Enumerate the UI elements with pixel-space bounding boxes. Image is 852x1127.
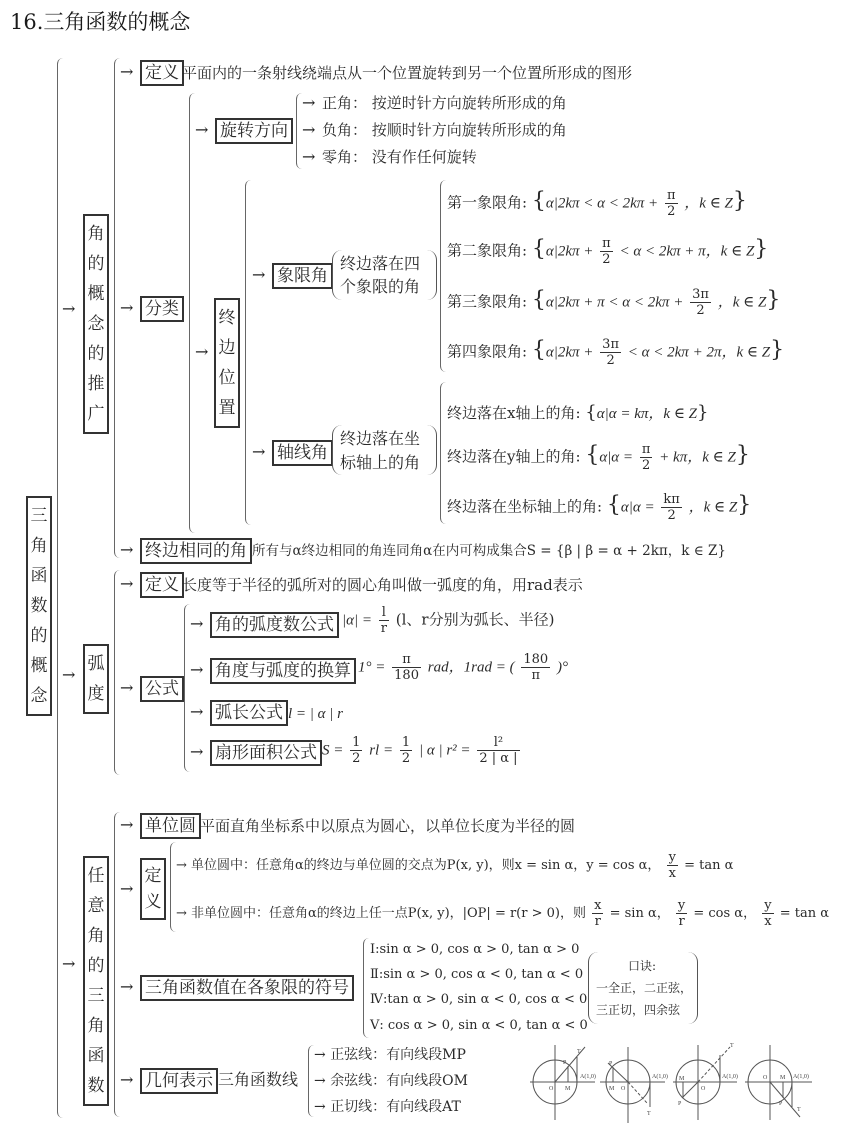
svg-text:T: T	[647, 1111, 651, 1117]
section1-char: 角	[85, 219, 107, 249]
unit-circle-diagrams: O M P T A(1,0) O M P T A(1,0) O M P T A(…	[525, 1035, 815, 1125]
svg-text:M: M	[679, 1076, 685, 1082]
sign-quadrant-1: Ⅰ:sin α > 0, cos α > 0, tan α > 0	[370, 940, 579, 960]
svg-text:A(1,0): A(1,0)	[793, 1073, 809, 1080]
section3-char: 角	[85, 921, 107, 951]
fraction: π2	[640, 442, 653, 473]
tangent-line: → 正切线：有向线段AT	[314, 1097, 461, 1117]
positive-angle: 正角： 按逆时针方向旋转所形成的角	[322, 93, 567, 113]
fraction: kπ2	[661, 492, 681, 523]
mnemonic-title: 口诀:	[628, 956, 656, 976]
section3-char: 函	[85, 1041, 107, 1071]
quadrant-3: 第三象限角: {α|2kπ + π < α < 2kπ + 3π2 ，k ∈ Z…	[447, 287, 780, 318]
signs-box: 三角函数值在各象限的符号	[140, 975, 354, 1001]
axis-box: 轴线角	[272, 440, 333, 466]
item-desc: 按逆时针方向旋转所形成的角	[372, 94, 567, 112]
section1-char: 念	[85, 309, 107, 339]
section3-char: 的	[85, 951, 107, 981]
section1-label-box: 角 的 概 念 的 推 广	[83, 214, 109, 434]
geometry-sub: 三角函数线	[218, 1070, 298, 1090]
section3-char: 数	[85, 1071, 107, 1101]
q-expr: α|2kπ +	[546, 345, 594, 361]
page-title: 16.三角函数的概念	[10, 6, 190, 36]
q-expr: < α < 2kπ + π，k ∈ Z	[620, 244, 755, 260]
arrow-icon: →	[252, 442, 265, 462]
axis-x: 终边落在x轴上的角: {α|α = kπ，k ∈ Z}	[447, 403, 708, 424]
section1-char: 的	[85, 249, 107, 279]
fraction: π2	[665, 188, 678, 219]
section3-label-box: 任 意 角 的 三 角 函 数	[83, 856, 109, 1106]
root-label-box: 三 角 函 数 的 概 念	[26, 496, 52, 716]
q-expr: α|2kπ +	[546, 244, 594, 260]
svg-text:O: O	[763, 1075, 768, 1081]
root-char: 概	[28, 651, 50, 681]
q-expr: α|2kπ + π < α < 2kπ +	[546, 295, 683, 311]
arrow-icon: →	[190, 742, 203, 762]
svg-text:P: P	[678, 1101, 682, 1107]
q-expr: ，k ∈ Z	[684, 196, 733, 212]
arrow-icon: →	[120, 540, 133, 560]
section2-brace	[114, 570, 121, 775]
s1-definition-text: 平面内的一条射线绕端点从一个位置旋转到另一个位置所形成的图形	[182, 63, 632, 83]
sector-area-box: 扇形面积公式	[210, 740, 322, 766]
mnemonic-line2: 三正切，四余弦	[596, 1000, 680, 1020]
root-char: 数	[28, 591, 50, 621]
svg-text:O: O	[701, 1086, 706, 1092]
axis-name: 终边落在y轴上的角:	[447, 448, 581, 466]
arrow-icon: →	[120, 678, 133, 698]
fraction: 3π2	[600, 337, 621, 368]
item-desc: 没有作任何旋转	[372, 148, 477, 166]
signs-brace	[363, 938, 370, 1038]
sign-quadrant-2: Ⅱ:sin α > 0, cos α < 0, tan α < 0	[370, 965, 583, 985]
arrow-icon: →	[120, 815, 133, 835]
sine-line: → 正弦线：有向线段MP	[314, 1045, 466, 1065]
axis-paren-line1: 终边落在坐	[340, 429, 420, 449]
section2-char: 弧	[85, 649, 107, 679]
svg-text:T: T	[730, 1043, 734, 1049]
arrow-icon: →	[302, 93, 315, 113]
axis-name: 终边落在x轴上的角:	[447, 404, 581, 422]
geometry-box: 几何表示	[140, 1068, 218, 1094]
terminal-label-box: 终 边 位 置	[214, 298, 240, 428]
arc-length-box: 弧长公式	[210, 700, 288, 726]
axis-expr: α|α = kπ，k ∈ Z	[597, 406, 697, 422]
arrow-icon: →	[190, 614, 203, 634]
q-name: 第三象限角:	[447, 293, 527, 311]
coterminal-text: 所有与α终边相同的角连同角α在内可构成集合S = {β | β = α + 2k…	[252, 541, 726, 561]
unit-circle-definition: → 单位圆中：任意角α的终边与单位圆的交点为P(x, y)，则x = sin α…	[176, 850, 733, 881]
root-char: 念	[28, 681, 50, 711]
section3-char: 任	[85, 861, 107, 891]
s3-def-char: 义	[142, 889, 164, 915]
arrow-icon: →	[195, 120, 208, 140]
axis-brace	[440, 382, 447, 524]
quadrant-4: 第四象限角: {α|2kπ + 3π2 < α < 2kπ + 2π，k ∈ Z…	[447, 337, 784, 368]
fraction: 3π2	[690, 287, 711, 318]
svg-text:T: T	[797, 1107, 801, 1113]
quadrant-2: 第二象限角: {α|2kπ + π2 < α < 2kπ + π，k ∈ Z}	[447, 236, 768, 267]
root-char: 三	[28, 501, 50, 531]
terminal-char: 终	[216, 303, 238, 333]
arrow-icon: →	[120, 574, 133, 594]
quadrant-1: 第一象限角: {α|2kπ < α < 2kπ + π2 ，k ∈ Z}	[447, 188, 747, 219]
section2-label-box: 弧 度	[83, 644, 109, 714]
classification-brace	[189, 93, 196, 533]
radian-formula-box: 角的弧度数公式	[210, 612, 339, 638]
terminal-char: 置	[216, 393, 238, 423]
arrow-icon: →	[195, 342, 208, 362]
svg-text:M: M	[609, 1086, 615, 1092]
arrow-icon: →	[120, 977, 133, 997]
sign-quadrant-4: Ⅴ: cos α > 0, sin α < 0, tan α < 0	[370, 1016, 588, 1036]
unit-circle-box: 单位圆	[140, 813, 201, 839]
quadrant-paren-line1: 终边落在四	[340, 254, 420, 274]
arrow-icon: →	[302, 120, 315, 140]
section2-char: 度	[85, 679, 107, 709]
svg-text:O: O	[621, 1086, 626, 1092]
trig-line-diagrams-icon: O M P T A(1,0) O M P T A(1,0) O M P T A(…	[525, 1035, 815, 1125]
q-expr: α|2kπ < α < 2kπ +	[546, 196, 658, 212]
svg-text:M: M	[565, 1086, 571, 1092]
s2-definition-box: 定义	[140, 572, 184, 598]
non-unit-circle-definition: → 非单位圆中：任意角α的终边上任一点P(x, y)，|OP| = r(r > …	[176, 898, 829, 929]
arrow-icon: →	[190, 702, 203, 722]
section1-char: 的	[85, 339, 107, 369]
axis-y: 终边落在y轴上的角: {α|α = π2 + kπ，k ∈ Z}	[447, 442, 750, 473]
svg-text:A(1,0): A(1,0)	[580, 1073, 596, 1080]
arrow-icon: →	[62, 954, 75, 974]
q-name: 第二象限角:	[447, 242, 527, 260]
arrow-icon: →	[120, 1070, 133, 1090]
coterminal-box: 终边相同的角	[140, 538, 252, 564]
root-char: 的	[28, 621, 50, 651]
conversion-box: 角度与弧度的换算	[210, 658, 356, 684]
section1-char: 推	[85, 369, 107, 399]
axis-both: 终边落在坐标轴上的角: {α|α = kπ2 ，k ∈ Z}	[447, 492, 751, 523]
zero-angle: 零角： 没有作任何旋转	[322, 147, 477, 167]
svg-text:M: M	[780, 1075, 786, 1081]
quadrant-brace	[440, 180, 447, 372]
section3-char: 角	[85, 1011, 107, 1041]
q-name: 第一象限角:	[447, 194, 527, 212]
s1-classification-box: 分类	[140, 296, 184, 322]
fraction: π2	[600, 236, 613, 267]
svg-text:O: O	[549, 1086, 554, 1092]
quadrant-box: 象限角	[272, 263, 333, 289]
axis-expr: α|α =	[621, 500, 655, 516]
mnemonic-line1: 一全正，二正弦，	[596, 978, 692, 998]
arc-length-formula: l = | α | r	[288, 703, 343, 724]
section1-char: 广	[85, 399, 107, 429]
section3-char: 意	[85, 891, 107, 921]
s3-definition-box: 定 义	[140, 858, 166, 920]
unit-circle-text: 平面直角坐标系中以原点为圆心，以单位长度为半径的圆	[200, 816, 575, 836]
arrow-icon: →	[62, 299, 75, 319]
quadrant-paren-line2: 个象限的角	[340, 277, 420, 297]
s1-definition-box: 定义	[140, 60, 184, 86]
s3-def-char: 定	[142, 863, 164, 889]
item-name: 负角：	[322, 121, 367, 139]
arrow-icon: →	[252, 265, 265, 285]
axis-name: 终边落在坐标轴上的角:	[447, 498, 602, 516]
radian-formula: |α| = lr (l、r分别为弧长、半径)	[342, 605, 554, 636]
svg-text:A(1,0): A(1,0)	[722, 1073, 738, 1080]
terminal-char: 位	[216, 363, 238, 393]
terminal-brace	[245, 180, 252, 525]
negative-angle: 负角： 按顺时针方向旋转所形成的角	[322, 120, 567, 140]
axis-expr: ，k ∈ Z	[689, 500, 738, 516]
conversion-formula: 1° = π180 rad，1rad = ( 180π )°	[358, 652, 568, 683]
arrow-icon: →	[62, 665, 75, 685]
section3-char: 三	[85, 981, 107, 1011]
item-name: 正角：	[322, 94, 367, 112]
section1-char: 概	[85, 279, 107, 309]
axis-expr: α|α =	[599, 450, 633, 466]
arrow-icon: →	[190, 660, 203, 680]
rotation-box: 旋转方向	[215, 118, 293, 144]
svg-text:T: T	[577, 1049, 581, 1055]
svg-text:P: P	[779, 1101, 783, 1107]
item-name: 零角：	[322, 148, 367, 166]
s2-definition-text: 长度等于半径的弧所对的圆心角叫做一弧度的角，用rad表示	[182, 575, 583, 595]
axis-paren-line2: 标轴上的角	[340, 453, 420, 473]
svg-text:A(1,0): A(1,0)	[652, 1073, 668, 1080]
axis-expr: + kπ，k ∈ Z	[659, 450, 736, 466]
q-expr: < α < 2kπ + 2π，k ∈ Z	[628, 345, 770, 361]
arrow-icon: →	[120, 879, 133, 899]
formulas-box: 公式	[140, 676, 184, 702]
root-char: 函	[28, 561, 50, 591]
item-desc: 按顺时针方向旋转所形成的角	[372, 121, 567, 139]
cosine-line: → 余弦线：有向线段OM	[314, 1071, 468, 1091]
q-expr: ，k ∈ Z	[718, 295, 767, 311]
arrow-icon: →	[120, 298, 133, 318]
q-name: 第四象限角:	[447, 343, 527, 361]
terminal-char: 边	[216, 333, 238, 363]
root-char: 角	[28, 531, 50, 561]
arrow-icon: →	[120, 62, 133, 82]
sector-area-formula: S = 12 rl = 12 | α | r² = l²2 | α |	[322, 735, 522, 766]
sign-quadrant-3: Ⅳ:tan α > 0, sin α < 0, cos α < 0	[370, 990, 587, 1010]
arrow-icon: →	[302, 147, 315, 167]
